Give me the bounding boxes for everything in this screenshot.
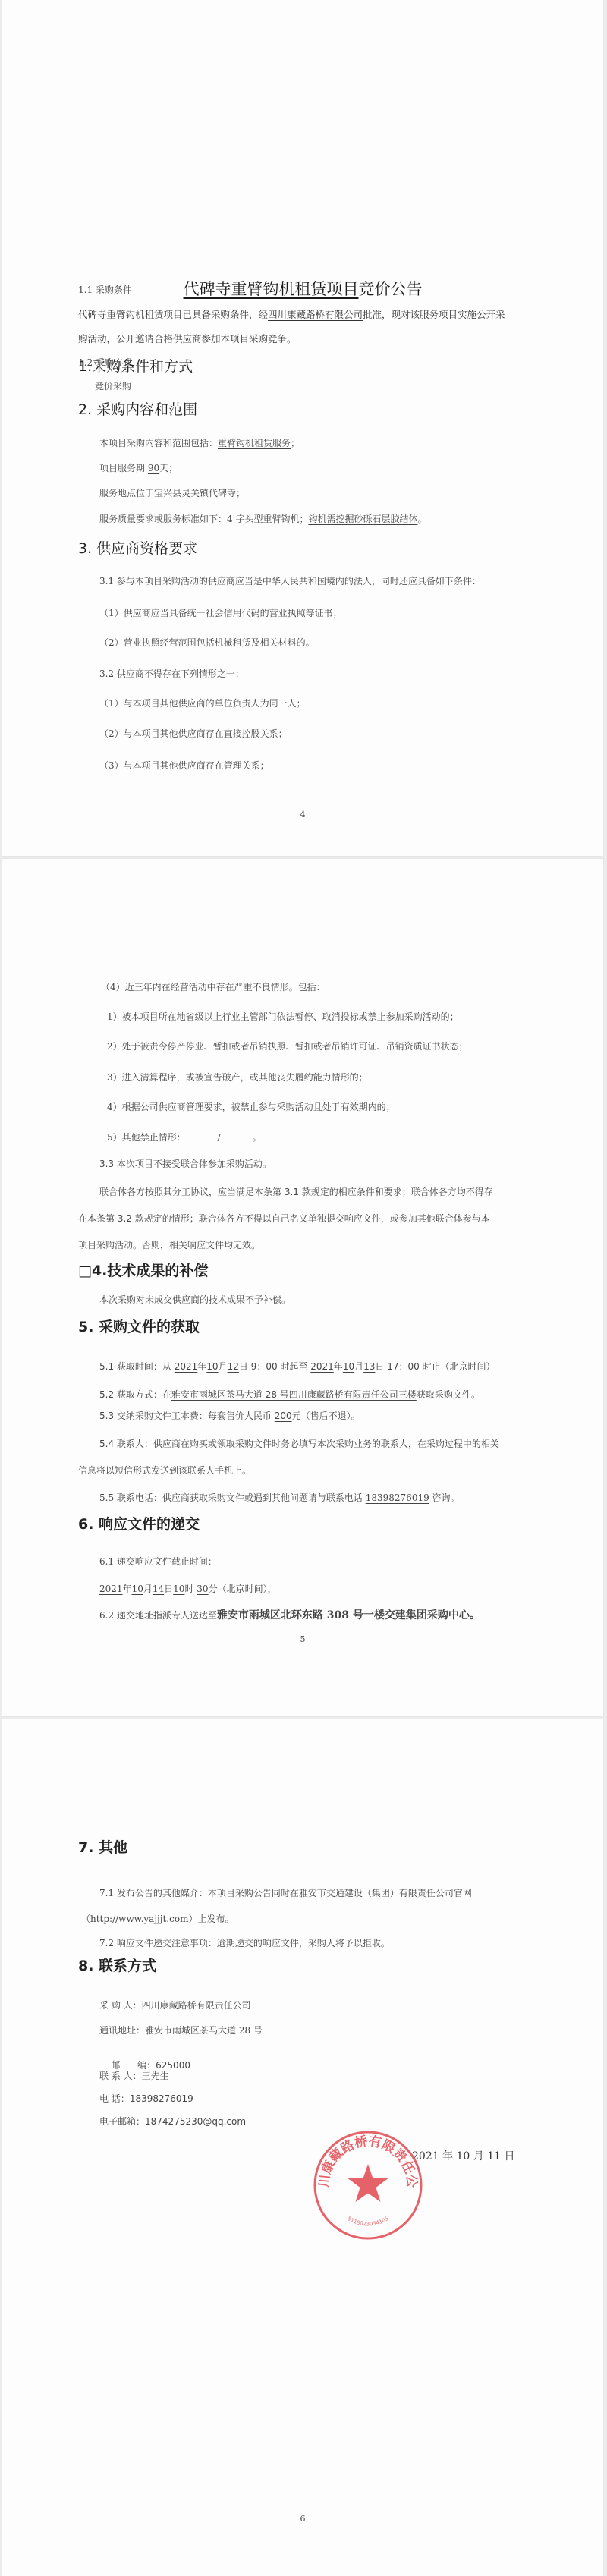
s1-1-text-a: 代碑寺重臂钩机租赁项目已具备采购条件，经 bbox=[78, 309, 268, 320]
s5-1-line: 5.1 获取时间：从 2021年10月12日 9：00 时起至 2021年10月… bbox=[99, 1360, 495, 1373]
deadline-hour: 10 bbox=[173, 1584, 184, 1594]
contact-label: 电子邮箱： bbox=[99, 2116, 145, 2127]
s1-2-value: 竞价采购 bbox=[95, 379, 131, 392]
contact-phone-row: 电 话：18398276019 bbox=[99, 2092, 193, 2105]
page-5: （4）近三年内在经营活动中存在严重不良情形。包括： 1）被本项目所在地省级以上行… bbox=[2, 859, 603, 1716]
unit-month: 月 bbox=[354, 1361, 363, 1372]
s3-2-item-3: （3）与本项目其他供应商存在管理关系； bbox=[99, 759, 269, 772]
s3-1-item-2: （2）营业执照经营范围包括机械租赁及相关材料的。 bbox=[99, 636, 315, 649]
company-name-link: 四川康藏路桥有限公司 bbox=[268, 309, 363, 320]
contact-person: 联 系 人：王先生 bbox=[99, 2069, 169, 2082]
s1-1-label: 1.1 采购条件 bbox=[78, 283, 132, 296]
s5-2-address: 雅安市雨城区茶马大道 28 号四川康藏路桥有限责任公司三楼 bbox=[171, 1389, 417, 1400]
s7-1-line-2: （http://www.yajjjt.com）上发布。 bbox=[81, 1912, 234, 1925]
section-7-heading: 7. 其他 bbox=[78, 1836, 127, 1857]
section-8-heading: 8. 联系方式 bbox=[78, 1955, 156, 1975]
s5-3-line: 5.3 交纳采购文件工本费：每套售价人民币 200元（售后不退）。 bbox=[99, 1409, 360, 1422]
section-6-heading: 6. 响应文件的递交 bbox=[78, 1513, 200, 1533]
s7-2-line: 7.2 响应文件递交注意事项：逾期递交的响应文件，采购人将予以拒收。 bbox=[99, 1936, 390, 1949]
end-year: 2021 bbox=[310, 1361, 334, 1372]
period-line: 项目服务期 90天； bbox=[99, 461, 178, 474]
quality-suffix: 。 bbox=[417, 514, 426, 524]
contact-email: 电子邮箱：1874275230@qq.com bbox=[99, 2115, 246, 2128]
page-number: 6 bbox=[2, 2514, 603, 2524]
signature-date: 2021 年 10 月 11 日 bbox=[412, 2148, 515, 2163]
contact-value: 18398276019 bbox=[130, 2093, 193, 2104]
contact-value: 1874275230@qq.com bbox=[145, 2116, 246, 2127]
s5-1-prefix: 5.1 获取时间：从 bbox=[99, 1361, 171, 1372]
unit-day: 日 bbox=[164, 1584, 173, 1594]
title-project-name: 代碑寺重臂钩机租赁项目 bbox=[184, 280, 359, 298]
s5-4-line-2: 信息将以短信形式发送到该联系人手机上。 bbox=[78, 1464, 251, 1477]
other-prohibited-line: 5）其他禁止情形：/。 bbox=[107, 1131, 262, 1143]
s5-5-prefix: 5.5 联系电话：供应商获取采购文件或遇到其他问题请与联系电话 bbox=[99, 1492, 363, 1503]
start-day: 12 bbox=[228, 1361, 239, 1372]
s6-1-deadline: 2021年10月14日10时 30分（北京时间）， bbox=[99, 1582, 277, 1595]
start-month: 10 bbox=[206, 1361, 218, 1372]
s5-5-line: 5.5 联系电话：供应商获取采购文件或遇到其他问题请与联系电话 18398276… bbox=[99, 1491, 460, 1504]
consortium-line-2: 在本条第 3.2 款规定的情形；联合体各方不得以自己名义单独提交响应文件，或参加… bbox=[78, 1212, 490, 1225]
contact-label: 联 系 人： bbox=[99, 2071, 142, 2081]
section-2-heading: 2. 采购内容和范围 bbox=[78, 398, 197, 419]
section-4-heading: □4.技术成果的补偿 bbox=[78, 1260, 208, 1280]
quality-value: 钩机需挖掘砂砾石层胶结体 bbox=[308, 514, 417, 524]
s6-2-prefix: 6.2 递交地址指派专人送达至 bbox=[99, 1610, 217, 1621]
deadline-minute: 30 bbox=[197, 1584, 208, 1594]
s5-2-suffix: 获取采购文件。 bbox=[417, 1389, 480, 1400]
s3-2-sub-item-1: 1）被本项目所在地省级以上行业主管部门依法暂停、取消投标或禁止参加采购活动的； bbox=[107, 1010, 459, 1023]
quality-line: 服务质量要求或服务标准如下：4 字头型重臂钩机；钩机需挖掘砂砾石层胶结体。 bbox=[99, 512, 426, 525]
s5-3-prefix: 5.3 交纳采购文件工本费：每套售价人民币 bbox=[99, 1411, 272, 1421]
s3-2-sub-item-2: 2）处于被责令停产停业、暂扣或者吊销执照、暂扣或者吊销许可证、吊销资质证书状态； bbox=[107, 1040, 468, 1052]
deadline-day: 14 bbox=[153, 1584, 164, 1594]
s5-3-suffix: 元（售后不退）。 bbox=[292, 1411, 360, 1421]
fee-value: 200 bbox=[275, 1411, 292, 1421]
s5-2-prefix: 5.2 获取方式：在 bbox=[99, 1389, 171, 1400]
page-6: 7. 其他 7.1 发布公告的其他媒介：本项目采购公告同时在雅安市交通建设（集团… bbox=[2, 1719, 603, 2576]
company-seal-icon: 四川康藏路桥有限责任公司 5118023034105 bbox=[311, 2128, 425, 2242]
start-year: 2021 bbox=[175, 1361, 198, 1372]
contact-label: 电 话： bbox=[99, 2093, 130, 2104]
location-suffix: ； bbox=[236, 488, 245, 499]
page-4: 代碑寺重臂钩机租赁项目竞价公告 1.采购条件和方式 1.1 采购条件 代碑寺重臂… bbox=[2, 0, 603, 856]
svg-text:5118023034105: 5118023034105 bbox=[346, 2216, 389, 2227]
end-time: 日 17：00 时止（北京时间） bbox=[375, 1361, 495, 1372]
s6-1-text: 6.1 递交响应文件截止时间： bbox=[99, 1555, 217, 1568]
location-prefix: 服务地点位于 bbox=[99, 488, 154, 499]
s3-2-sub-item-4: 4）根据公司供应商管理要求，被禁止参与采购活动且处于有效期内的； bbox=[107, 1100, 395, 1113]
start-time: 日 9：00 时起至 bbox=[239, 1361, 308, 1372]
section-5-heading: 5. 采购文件的获取 bbox=[78, 1316, 200, 1336]
contact-label: 通讯地址： bbox=[99, 2025, 145, 2036]
contact-value: 王先生 bbox=[142, 2071, 169, 2081]
contact-value: 雅安市雨城区茶马大道 28 号 bbox=[145, 2025, 263, 2036]
unit-minute: 分（北京时间）， bbox=[209, 1584, 277, 1594]
period-value: 90 bbox=[148, 463, 159, 473]
end-day: 13 bbox=[363, 1361, 375, 1372]
s3-2-item-4: （4）近三年内在经营活动中存在严重不良情形。包括： bbox=[101, 980, 326, 993]
quality-prefix: 服务质量要求或服务标准如下：4 字头型重臂钩机； bbox=[99, 514, 308, 524]
delivery-address: 雅安市雨城区北环东路 308 号一楼交建集团采购中心。 bbox=[217, 1609, 480, 1621]
unit-year: 年 bbox=[334, 1361, 343, 1372]
contact-value: 四川康藏路桥有限责任公司 bbox=[142, 2000, 251, 2011]
title-suffix: 竞价公告 bbox=[359, 280, 423, 298]
s1-1-text-b: 批准，现对该服务项目实施公开采 bbox=[363, 309, 505, 320]
deadline-year: 2021 bbox=[99, 1584, 123, 1594]
scope-prefix: 本项目采购内容和范围包括： bbox=[99, 438, 218, 448]
scope-line: 本项目采购内容和范围包括：重臂钩机租赁服务； bbox=[99, 436, 300, 449]
other-prefix: 5）其他禁止情形： bbox=[107, 1132, 186, 1143]
section-3-heading: 3. 供应商资格要求 bbox=[78, 537, 197, 558]
s3-2-item-1: （1）与本项目其他供应商的单位负责人为同一人； bbox=[99, 697, 306, 709]
contact-label: 采 购 人： bbox=[99, 2000, 142, 2011]
s5-2-line: 5.2 获取方式：在雅安市雨城区茶马大道 28 号四川康藏路桥有限责任公司三楼获… bbox=[99, 1388, 480, 1401]
s4-text: 本次采购对未成交供应商的技术成果不予补偿。 bbox=[99, 1293, 291, 1306]
page-number: 4 bbox=[2, 810, 603, 819]
contact-phone: 18398276019 bbox=[366, 1492, 429, 1503]
s1-1-text-line2: 购活动，公开邀请合格供应商参加本项目采购竞争。 bbox=[78, 332, 297, 345]
s5-5-suffix: 咨询。 bbox=[432, 1492, 460, 1503]
location-line: 服务地点位于宝兴县灵关镇代碑寺； bbox=[99, 486, 245, 499]
other-suffix: 。 bbox=[253, 1132, 262, 1143]
s3-2-text: 3.2 供应商不得存在下列情形之一： bbox=[99, 667, 244, 680]
s3-2-item-2: （2）与本项目其他供应商存在直接控股关系； bbox=[99, 727, 288, 740]
unit-year: 年 bbox=[197, 1361, 206, 1372]
s3-1-item-1: （1）供应商应当具备统一社会信用代码的营业执照等证书； bbox=[99, 606, 342, 619]
s5-4-line-1: 5.4 联系人：供应商在购买或领取采购文件时务必填写本次采购业务的联系人，在采购… bbox=[99, 1437, 499, 1450]
consortium-line-1: 联合体各方按照其分工协议，应当满足本条第 3.1 款规定的相应条件和要求；联合体… bbox=[99, 1185, 493, 1198]
unit-hour: 时 bbox=[184, 1584, 193, 1594]
s1-1-text-line1: 代碑寺重臂钩机租赁项目已具备采购条件，经四川康藏路桥有限公司批准，现对该服务项目… bbox=[78, 307, 505, 321]
s1-2-label: 1.2 采购方式 bbox=[78, 356, 132, 369]
unit-year: 年 bbox=[123, 1584, 132, 1594]
s7-1-line-1: 7.1 发布公告的其他媒介：本项目采购公告同时在雅安市交通建设（集团）有限责任公… bbox=[99, 1886, 472, 1899]
consortium-line-3: 项目采购活动。否则，相关响应文件均无效。 bbox=[78, 1238, 260, 1251]
unit-month: 月 bbox=[219, 1361, 228, 1372]
s3-2-sub-item-3: 3）进入清算程序，或被宣告破产，或其他丧失履约能力情形的； bbox=[107, 1071, 368, 1084]
other-value: / bbox=[189, 1132, 250, 1143]
s3-1-text: 3.1 参与本项目采购活动的供应商应当是中华人民共和国境内的法人，同时还应具备如… bbox=[99, 574, 481, 587]
period-suffix: 天； bbox=[159, 463, 178, 473]
s3-3-text: 3.3 本次项目不接受联合体参加采购活动。 bbox=[99, 1157, 272, 1170]
period-prefix: 项目服务期 bbox=[99, 463, 145, 473]
scope-value: 重臂钩机租赁服务 bbox=[218, 438, 291, 448]
contact-purchaser: 采 购 人：四川康藏路桥有限责任公司 bbox=[99, 1999, 251, 2011]
unit-month: 月 bbox=[143, 1584, 153, 1594]
page-number: 5 bbox=[2, 1634, 603, 1644]
end-month: 10 bbox=[343, 1361, 354, 1372]
location-value: 宝兴县灵关镇代碑寺 bbox=[154, 488, 236, 499]
deadline-month: 10 bbox=[132, 1584, 143, 1594]
scope-suffix: ； bbox=[291, 438, 300, 448]
s6-2-line: 6.2 递交地址指派专人送达至雅安市雨城区北环东路 308 号一楼交建集团采购中… bbox=[99, 1607, 480, 1622]
contact-address: 通讯地址：雅安市雨城区茶马大道 28 号 bbox=[99, 2024, 263, 2037]
